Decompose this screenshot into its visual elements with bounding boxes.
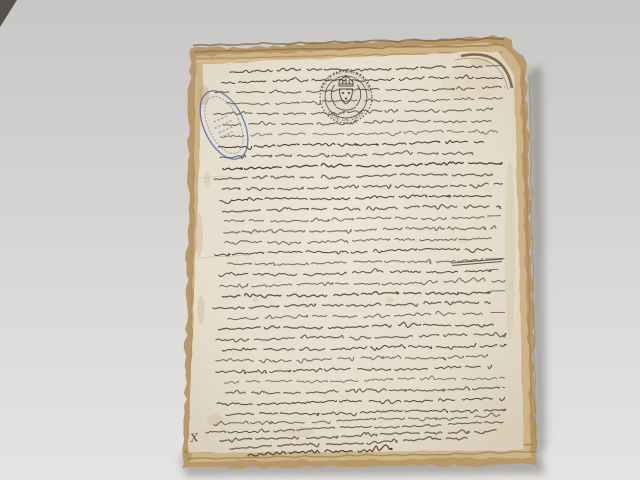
tax-stamp: PETIT PAP. SIX DEN. LA GEN. DE LION [320, 70, 372, 123]
manuscript-photo: PETIT PAP. SIX DEN. LA GEN. DE LION X [0, 0, 640, 480]
photo-canvas: PETIT PAP. SIX DEN. LA GEN. DE LION X [0, 0, 640, 480]
